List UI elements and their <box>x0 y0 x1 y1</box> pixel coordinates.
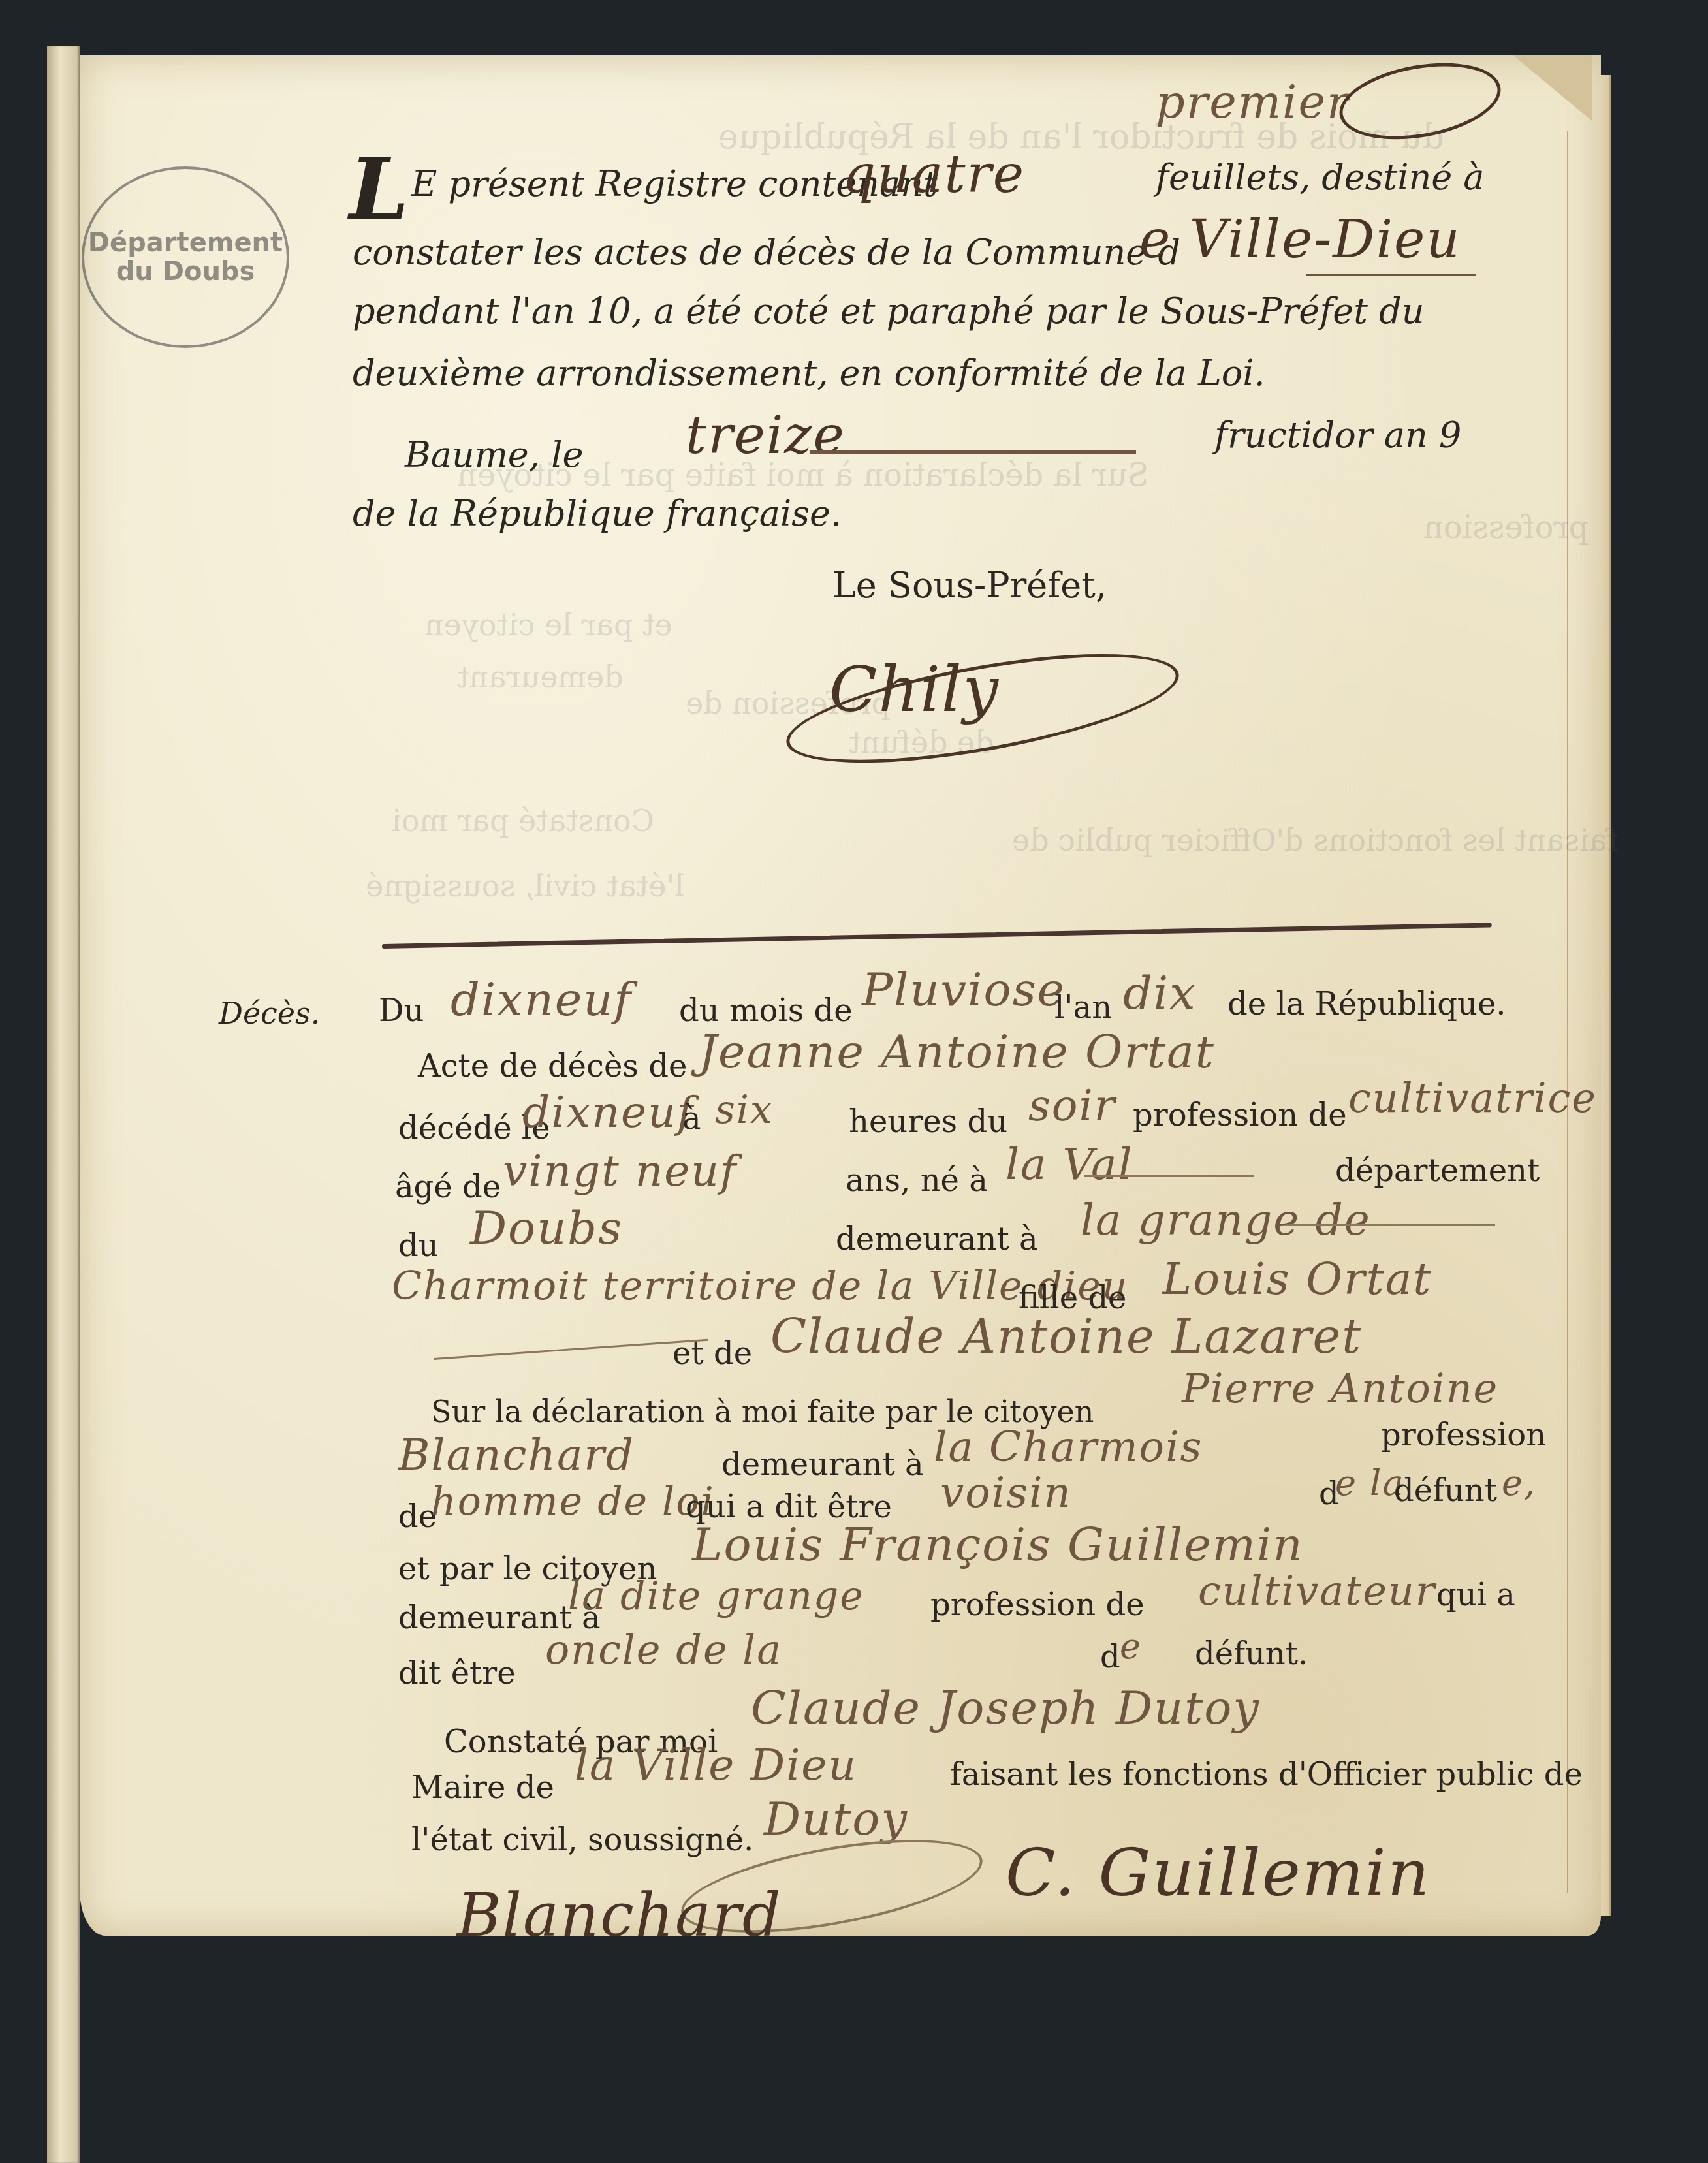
mother-name-handwritten: Claude Antoine Lazaret <box>770 1309 1362 1364</box>
act-print: profession <box>1381 1417 1546 1453</box>
department-stamp: Département du Doubs <box>82 166 289 348</box>
header-line-3: pendant l'an 10, a été coté et paraphé p… <box>353 291 1424 332</box>
act-handwritten: e <box>1120 1626 1142 1667</box>
act-print: faisant les fonctions d'Officier public … <box>950 1756 1583 1793</box>
act-print: département <box>1335 1152 1540 1189</box>
header-line-4: deuxième arrondissement, en conformité d… <box>353 353 1265 394</box>
bleed-through-text: Constaté par moi <box>392 803 654 838</box>
act-print: défunt. <box>1195 1635 1308 1672</box>
commune-handwritten: la Ville Dieu <box>575 1740 857 1790</box>
act-print: de la République. <box>1227 986 1506 1022</box>
fill-line <box>1084 1175 1254 1177</box>
header-line-1-handwritten: quatre <box>842 144 1025 204</box>
commune-name-handwritten: e Ville-Dieu <box>1139 209 1461 270</box>
deceased-profession-handwritten: cultivatrice <box>1348 1074 1597 1122</box>
declarant2-residence-handwritten: la dite grange <box>568 1573 864 1619</box>
fill-line <box>810 450 1136 454</box>
folded-corner <box>1513 55 1592 121</box>
act-handwritten: dixneuf <box>522 1087 694 1137</box>
act-print: demeurant à <box>836 1221 1038 1257</box>
father-name-handwritten: Louis Ortat <box>1162 1254 1432 1305</box>
act-print: Du <box>379 992 424 1029</box>
act-print: dit être <box>398 1655 516 1692</box>
declarant1-surname-handwritten: Blanchard <box>398 1430 635 1480</box>
drop-cap: L <box>349 147 409 232</box>
book-spine <box>47 46 80 2163</box>
declarant1-name-handwritten: Pierre Antoine <box>1182 1365 1498 1412</box>
act-print: demeurant à <box>721 1446 924 1483</box>
bleed-through-text: l'état civil, soussigné <box>366 868 684 904</box>
act-handwritten: soir <box>1028 1081 1116 1131</box>
act-print: et de <box>672 1335 752 1372</box>
mayor-name-handwritten: Claude Joseph Dutoy <box>751 1681 1260 1735</box>
act-print: qui a <box>1436 1577 1515 1613</box>
bleed-through-text: faisant les fonctions d'Officier public … <box>1012 823 1618 858</box>
signature-blanchard: Blanchard <box>457 1880 782 1950</box>
margin-label-deces: Décès. <box>219 996 320 1031</box>
act-print: profession de <box>930 1587 1145 1623</box>
fill-line <box>1306 274 1476 276</box>
act-handwritten: e, <box>1502 1462 1536 1504</box>
act-print: ans, né à <box>846 1162 988 1199</box>
fill-line <box>1286 1224 1495 1226</box>
act-handwritten: six <box>715 1087 774 1133</box>
act-print: heures du <box>849 1103 1007 1140</box>
act-print: âgé de <box>395 1169 501 1205</box>
declarant1-relation-handwritten: voisin <box>940 1469 1072 1517</box>
annotation-premier: premier <box>1156 75 1350 129</box>
act-print: à <box>682 1100 701 1137</box>
bleed-through-text: demeurant <box>457 659 624 695</box>
act-print: défunt <box>1394 1472 1497 1509</box>
act-print: Acte de décès de <box>418 1048 687 1084</box>
act-print: profession de <box>1133 1097 1347 1133</box>
declarant2-name-handwritten: Louis François Guillemin <box>692 1518 1303 1571</box>
department-handwritten: Doubs <box>470 1201 623 1255</box>
deceased-name-handwritten: Jeanne Antoine Ortat <box>699 1025 1215 1079</box>
act-print: d <box>1100 1639 1120 1675</box>
page-fold-line <box>1567 131 1568 1893</box>
residence-handwritten: la grange de <box>1081 1195 1371 1245</box>
header-line-2-print: constater les actes de décès de la Commu… <box>353 232 1180 273</box>
bleed-through-text: profession <box>1423 509 1589 546</box>
act-handwritten-month: Pluviose <box>862 963 1066 1017</box>
act-print: Maire de <box>411 1769 554 1806</box>
header-line-6: de la République française. <box>353 493 842 534</box>
sous-prefet-title: Le Sous-Préfet, <box>832 565 1107 606</box>
act-print: du mois de <box>679 992 853 1029</box>
declarant1-profession-handwritten: homme de loi <box>431 1479 715 1524</box>
act-handwritten-year: dix <box>1123 966 1197 1020</box>
declarant2-profession-handwritten: cultivateur <box>1198 1567 1436 1615</box>
header-line-5-print-end: fructidor an 9 <box>1214 415 1461 456</box>
act-print: du <box>398 1227 439 1264</box>
declarant2-relation-handwritten: oncle de la <box>545 1626 782 1673</box>
header-line-5-print: Baume, le <box>405 434 583 475</box>
birthplace-handwritten: la Val <box>1005 1139 1133 1190</box>
stamp-text: Département du Doubs <box>84 229 287 286</box>
act-handwritten-day: dixneuf <box>451 973 632 1026</box>
act-print: l'état civil, soussigné. <box>411 1822 753 1858</box>
deceased-age-handwritten: vingt neuf <box>503 1146 737 1196</box>
act-print: l'an <box>1054 989 1112 1026</box>
mayor-signature: Dutoy <box>764 1792 908 1846</box>
declarant1-residence-handwritten: la Charmois <box>934 1423 1203 1472</box>
signature-guillemin: C. Guillemin <box>1005 1835 1431 1911</box>
bleed-through-text: et par le citoyen <box>424 607 672 642</box>
header-line-1-print-end: feuillets, destiné à <box>1156 157 1485 198</box>
date-day-handwritten: treize <box>686 405 846 466</box>
